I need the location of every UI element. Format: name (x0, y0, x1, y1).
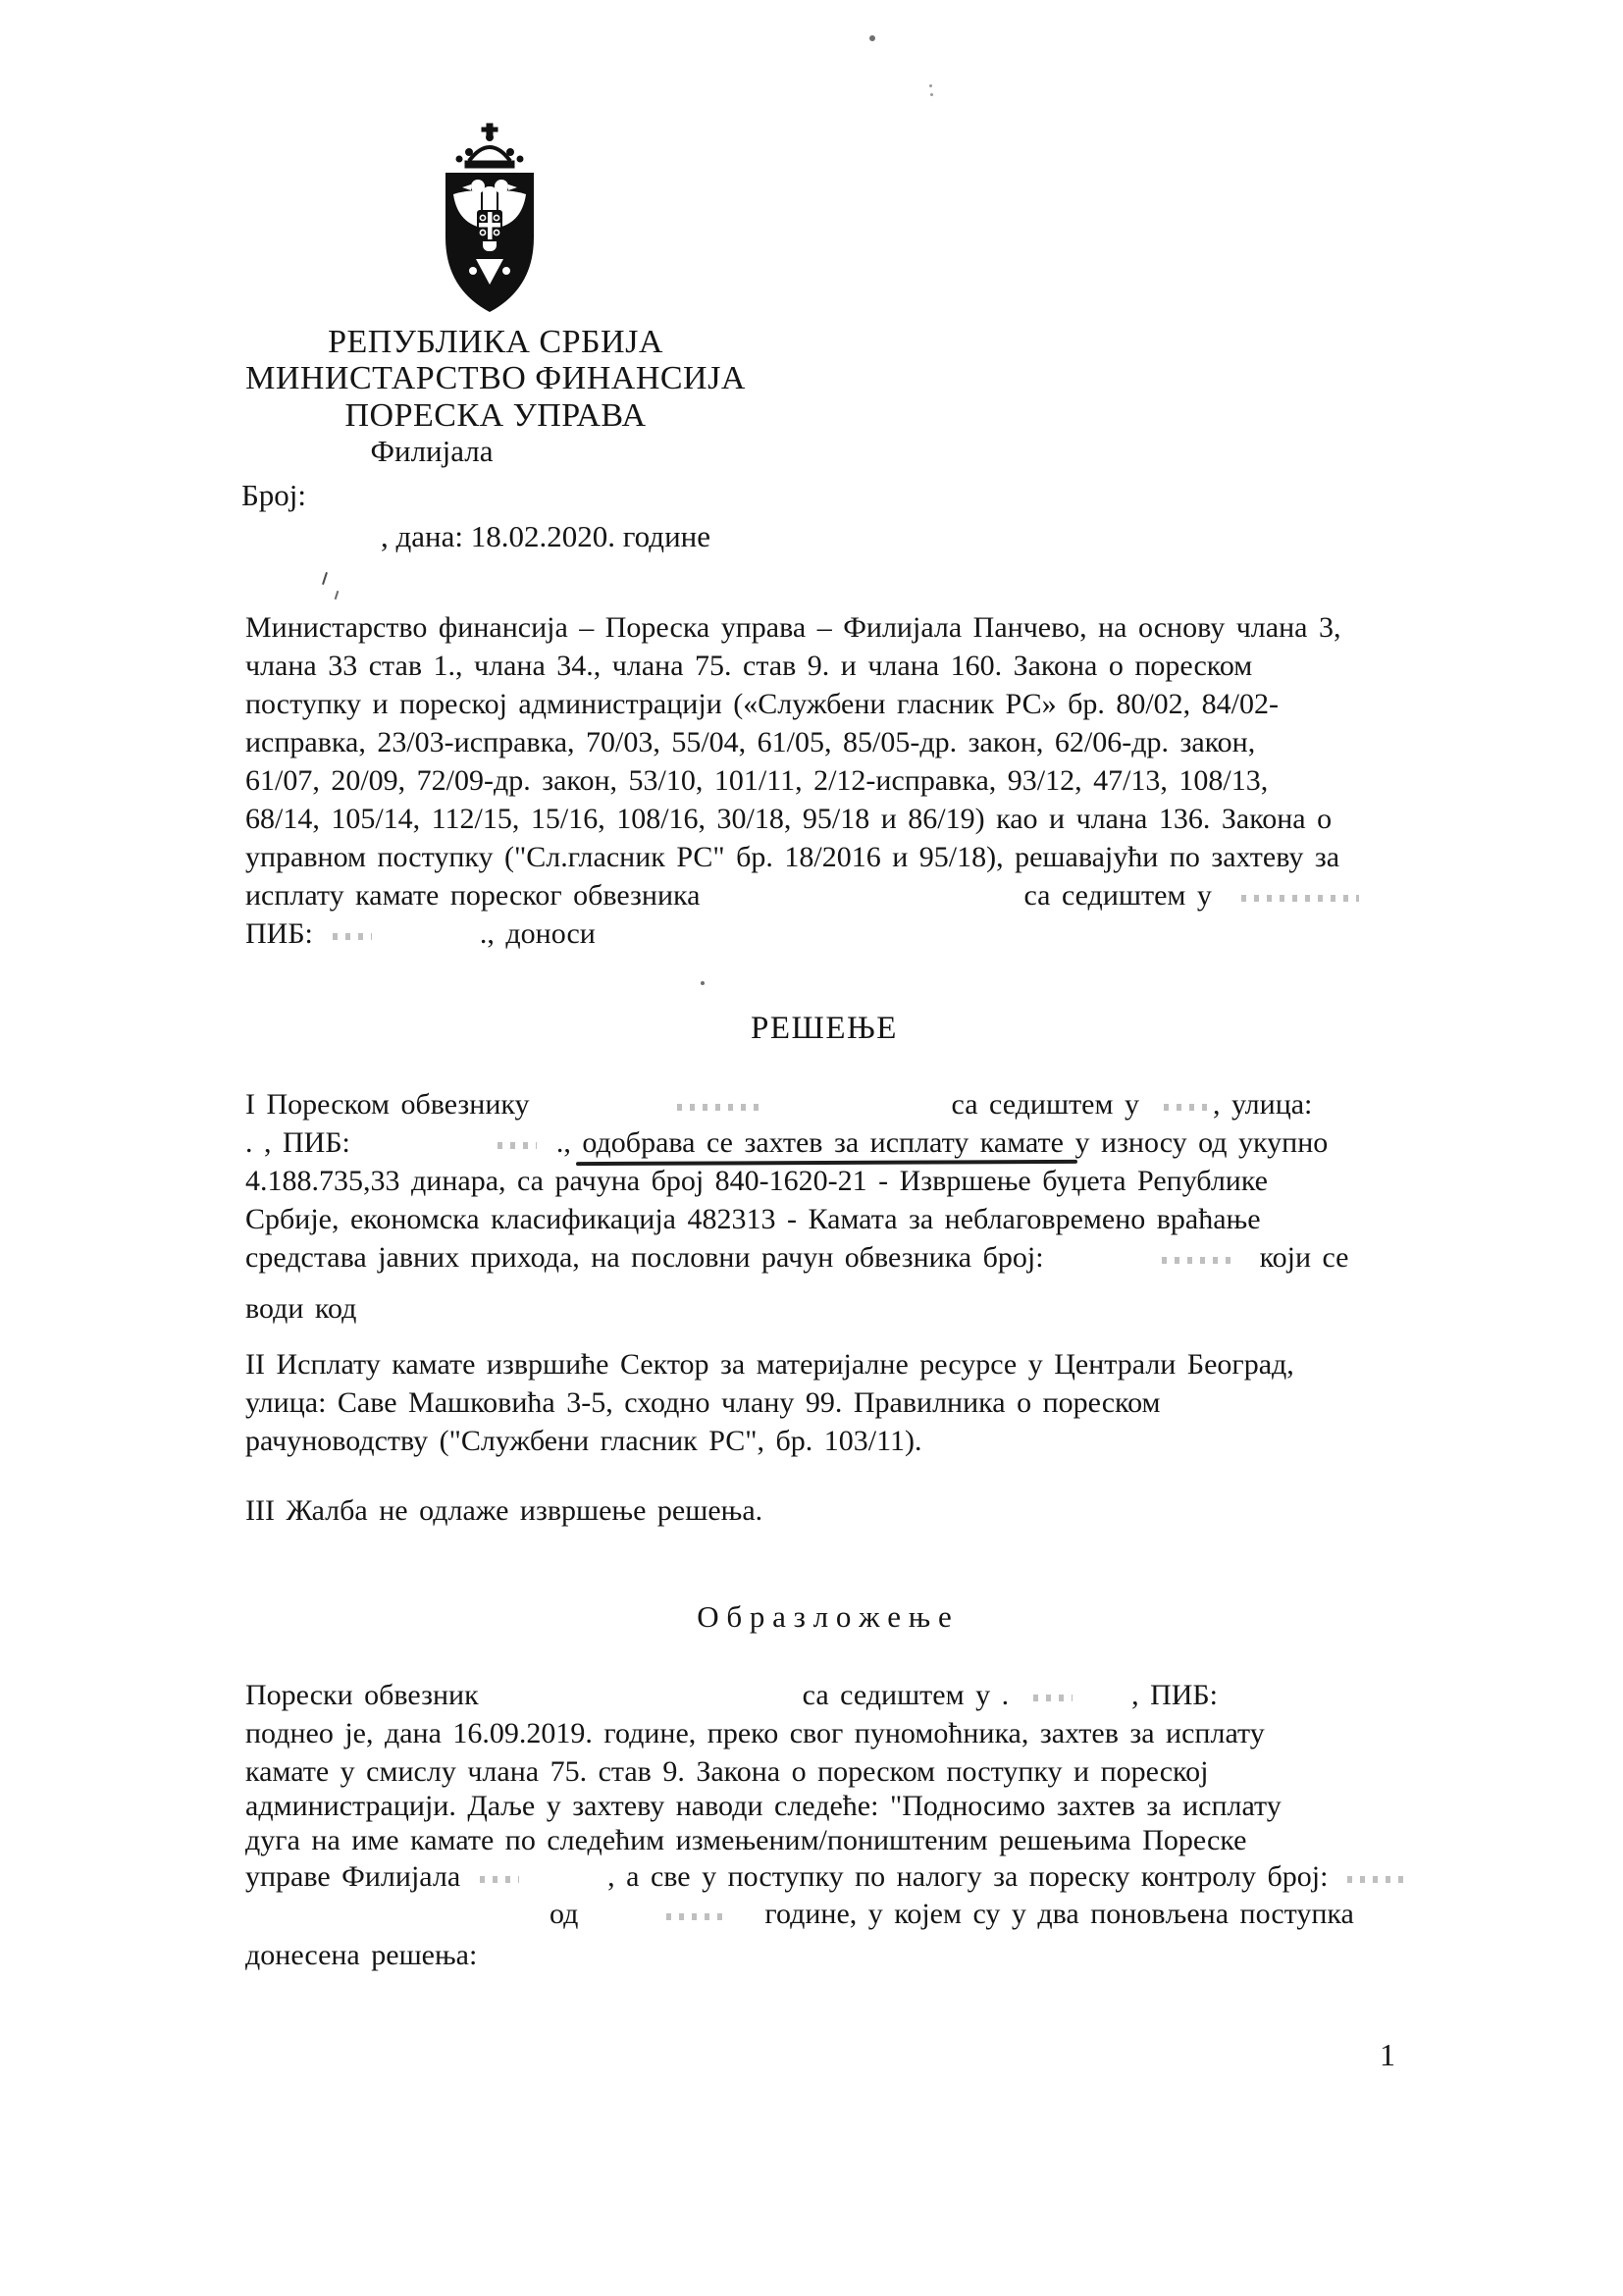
section1-text: ., (556, 1126, 571, 1159)
redacted-blank (479, 1700, 803, 1704)
org-name-ministry: МИНИСТАРСТВО ФИНАНСИЈА (221, 360, 770, 397)
section1-text: који се (1260, 1241, 1349, 1274)
document-number-label: Број: (241, 478, 306, 513)
serbia-coat-of-arms (430, 122, 551, 316)
intro-line-with-redaction: исплату камате пореског обвезникаса седи… (245, 876, 1408, 917)
redaction-marks (666, 1913, 725, 1920)
handwritten-tick (322, 572, 328, 585)
redacted-blank (537, 1148, 556, 1152)
decision-title: РЕШЕЊЕ (245, 1011, 1403, 1047)
intro-line-text: исплату камате пореског обвезника (245, 879, 700, 912)
explanation-line: поднео је, дана 16.09.2019. године, прек… (245, 1714, 1408, 1755)
intro-line: члана 33 став 1., члана 34., члана 75. с… (245, 647, 1408, 688)
intro-line-with-redaction: ПИБ:., доноси (245, 914, 1408, 956)
org-name-tax-administration: ПОРЕСКА УПРАВА (221, 397, 770, 435)
redacted-blank (519, 1882, 607, 1886)
explanation-text: Порески обвезник (245, 1679, 479, 1711)
intro-line: поступку и пореској администрацији («Слу… (245, 685, 1408, 726)
org-name-republic: РЕПУБЛИКА СРБИЈА (221, 324, 770, 361)
explanation-title: О б р а з л о ж е њ е (245, 1599, 1403, 1635)
redacted-blank (1230, 1263, 1260, 1267)
scanned-document-page: РЕПУБЛИКА СРБИЈА МИНИСТАРСТВО ФИНАНСИЈА … (0, 0, 1623, 2296)
redaction-marks (480, 1876, 519, 1883)
redacted-blank (1212, 901, 1241, 905)
scan-speck (930, 93, 933, 96)
redacted-blank (765, 1110, 952, 1114)
section1-text: , улица: (1213, 1088, 1312, 1121)
redacted-blank (460, 1882, 480, 1886)
section1-text: I Пореском обвезнику (245, 1088, 530, 1121)
scan-speck (869, 35, 875, 41)
redaction-marks (1347, 1876, 1406, 1883)
explanation-text: са седиштем у . (803, 1679, 1009, 1711)
approved-phrase-underlined: одобрава се захтев за исплату камате (582, 1126, 1064, 1159)
scan-speck (701, 981, 705, 985)
redaction-marks (497, 1142, 537, 1149)
intro-line: управном поступку ("Сл.гласник РС" бр. 1… (245, 838, 1408, 879)
redacted-blank (530, 1110, 677, 1114)
section3-line: III Жалба не одлаже извршење решења. (245, 1491, 1408, 1533)
explanation-text: , а све у поступку по налогу за пореску … (607, 1860, 1328, 1893)
pib-label: ПИБ: (245, 917, 313, 950)
redaction-marks (1241, 895, 1359, 902)
org-name-branch: Филијала (157, 434, 707, 469)
section2-line: улица: Саве Машковића 3-5, сходно члану … (245, 1383, 1408, 1425)
explanation-text: године, у којем су у два поновљена посту… (764, 1898, 1353, 1930)
intro-line: исправка, 23/03-исправка, 70/03, 55/04, … (245, 723, 1408, 764)
pib-label: . , ПИБ: (245, 1126, 350, 1159)
intro-line: 61/07, 20/09, 72/09-др. закон, 53/10, 10… (245, 761, 1408, 803)
redacted-blank (1073, 1700, 1131, 1704)
page-number: 1 (1380, 2037, 1395, 2073)
section1-line: води код (245, 1289, 1408, 1331)
section1-text: средстава јавних прихода, на пословни ра… (245, 1241, 1044, 1274)
handwritten-tick (335, 591, 340, 600)
section1-line: Србије, економска класификација 482313 -… (245, 1200, 1408, 1241)
explanation-line-with-redaction: Порески обвезникса седиштем у ., ПИБ: (245, 1676, 1408, 1717)
redaction-marks (1162, 1257, 1230, 1264)
redacted-blank (313, 939, 333, 943)
redacted-blank (725, 1919, 764, 1923)
redacted-blank (1139, 1110, 1164, 1114)
intro-line: 68/14, 105/14, 112/15, 15/16, 108/16, 30… (245, 800, 1408, 841)
explanation-line: дуга на име камате по следећим измењеним… (245, 1821, 1408, 1862)
section1-line-with-redaction: . , ПИБ:., одобрава се захтев за исплату… (245, 1123, 1408, 1165)
redacted-blank (1328, 1882, 1347, 1886)
redacted-blank (700, 901, 1023, 905)
redaction-marks (1164, 1104, 1213, 1111)
redacted-blank (578, 1919, 666, 1923)
explanation-text: управе Филијала (245, 1860, 460, 1893)
explanation-text: од (550, 1898, 578, 1930)
pib-label: , ПИБ: (1131, 1679, 1218, 1711)
section2-line: рачуноводству ("Службени гласник РС", бр… (245, 1422, 1408, 1463)
section1-text: са седиштем у (952, 1088, 1139, 1121)
redacted-blank (1009, 1700, 1033, 1704)
redacted-blank (350, 1148, 497, 1152)
shield (445, 173, 534, 312)
section1-line: 4.188.735,33 динара, са рачуна број 840-… (245, 1162, 1408, 1203)
scan-speck (929, 84, 932, 87)
section2-line: II Исплату камате извршиће Сектор за мат… (245, 1345, 1408, 1386)
paragraph-indent (245, 1919, 550, 1923)
section1-text: у износу од укупно (1074, 1126, 1328, 1159)
intro-line-text: ., доноси (480, 917, 596, 950)
intro-line-text: са седиштем у (1023, 879, 1211, 912)
redaction-marks (1033, 1695, 1073, 1701)
explanation-line: донесена решења: (245, 1936, 1408, 1977)
explanation-line-with-redaction: управе Филијала, а све у поступку по нал… (245, 1857, 1408, 1899)
redaction-marks (677, 1104, 765, 1111)
redacted-blank (1044, 1263, 1162, 1267)
redacted-blank (372, 939, 480, 943)
section1-line-with-redaction: средстава јавних прихода, на пословни ра… (245, 1238, 1408, 1279)
crown (456, 124, 523, 168)
intro-line: Министарство финансија – Пореска управа … (245, 608, 1408, 650)
redaction-marks (333, 933, 372, 940)
explanation-line-with-redaction: одгодине, у којем су у два поновљена пос… (245, 1895, 1408, 1936)
document-date-line: , дана: 18.02.2020. године (381, 519, 710, 554)
section1-line-with-redaction: I Пореском обвезникуса седиштем у, улица… (245, 1085, 1408, 1126)
